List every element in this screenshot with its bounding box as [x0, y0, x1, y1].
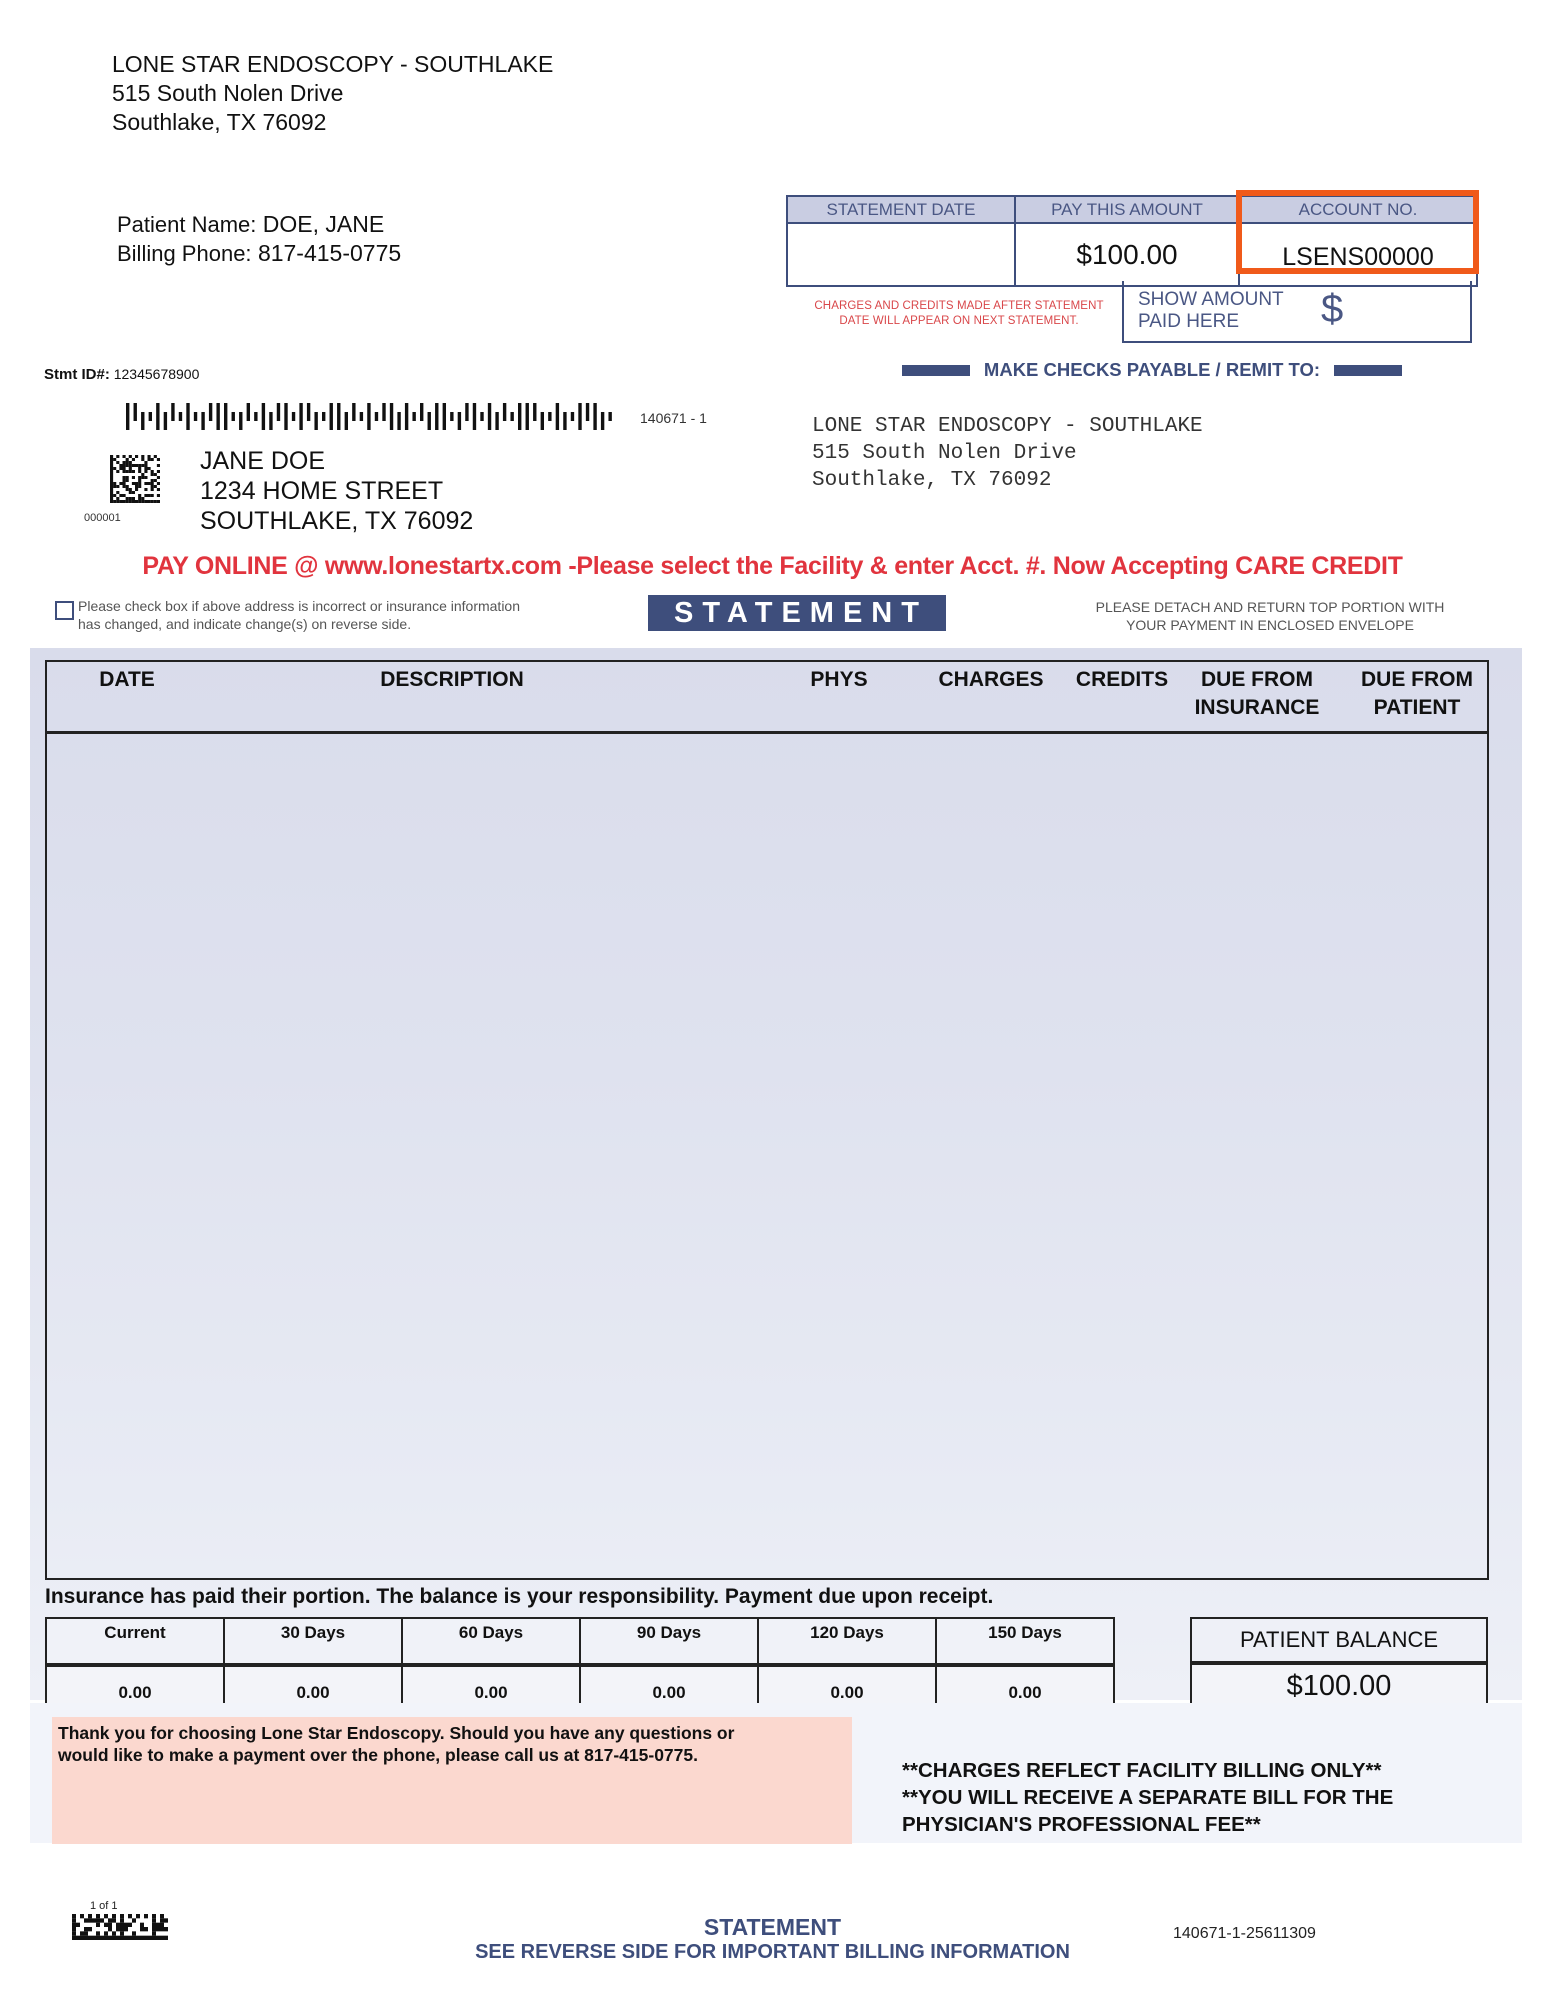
- insurance-note: Insurance has paid their portion. The ba…: [45, 1585, 993, 1609]
- remit-bar-right: [1334, 365, 1402, 376]
- facility-note-line3: PHYSICIAN'S PROFESSIONAL FEE**: [902, 1811, 1393, 1838]
- col-credits: CREDITS: [1067, 666, 1177, 694]
- billing-phone: 817-415-0775: [258, 240, 401, 266]
- mail-sequence-number: 000001: [84, 512, 121, 524]
- col-due-patient: DUE FROMPATIENT: [1347, 666, 1487, 722]
- billing-phone-label: Billing Phone:: [117, 241, 252, 266]
- aging-header-120: 120 Days: [758, 1618, 936, 1665]
- remit-heading: MAKE CHECKS PAYABLE / REMIT TO:: [882, 358, 1422, 382]
- amount-paid-label-line2: PAID HERE: [1138, 311, 1284, 333]
- remit-city: Southlake, TX 76092: [812, 467, 1203, 494]
- aging-header-30: 30 Days: [224, 1618, 402, 1665]
- recipient-city: SOUTHLAKE, TX 76092: [200, 506, 473, 536]
- page-indicator: 1 of 1: [90, 1900, 118, 1912]
- amount-paid-label-line1: SHOW AMOUNT: [1138, 289, 1284, 311]
- remit-heading-text: MAKE CHECKS PAYABLE / REMIT TO:: [984, 359, 1320, 381]
- statement-date-header: STATEMENT DATE: [787, 196, 1015, 223]
- col-date: DATE: [87, 666, 167, 694]
- sender-city: Southlake, TX 76092: [112, 108, 553, 137]
- pay-online-notice: PAY ONLINE @ www.lonestartx.com -Please …: [0, 552, 1545, 581]
- col-due-insurance: DUE FROMINSURANCE: [1187, 666, 1327, 722]
- thank-you-note: Thank you for choosing Lone Star Endosco…: [52, 1717, 852, 1844]
- dollar-sign-icon: $: [1321, 287, 1343, 331]
- patient-info: Patient Name: DOE, JANE Billing Phone: 8…: [117, 210, 401, 268]
- sender-name: LONE STAR ENDOSCOPY - SOUTHLAKE: [112, 50, 553, 79]
- sender-street: 515 South Nolen Drive: [112, 79, 553, 108]
- account-no-header: ACCOUNT NO.: [1239, 196, 1477, 223]
- footer-document-id: 140671-1-25611309: [1173, 1925, 1316, 1943]
- col-description: DESCRIPTION: [367, 666, 537, 694]
- barcode-reference: 140671 - 1: [640, 410, 707, 426]
- col-charges: CHARGES: [931, 666, 1051, 694]
- account-no-value: LSENS00000: [1239, 223, 1477, 286]
- datamatrix-code: [110, 455, 160, 503]
- col-phys: PHYS: [799, 666, 879, 694]
- statement-id: Stmt ID#: 12345678900: [44, 366, 199, 383]
- patient-balance-box: PATIENT BALANCE $100.00: [1190, 1617, 1488, 1709]
- amount-paid-field[interactable]: SHOW AMOUNT PAID HERE $: [1122, 281, 1472, 343]
- sender-address: LONE STAR ENDOSCOPY - SOUTHLAKE 515 Sout…: [112, 50, 553, 137]
- patient-balance-value: $100.00: [1191, 1663, 1487, 1708]
- footer-subtitle: SEE REVERSE SIDE FOR IMPORTANT BILLING I…: [0, 1941, 1545, 1963]
- statement-id-label: Stmt ID#:: [44, 366, 110, 383]
- statement-date-value: [787, 223, 1015, 286]
- aging-header-150: 150 Days: [936, 1618, 1114, 1665]
- address-change-line2: has changed, and indicate change(s) on r…: [78, 615, 520, 633]
- remit-bar-left: [902, 365, 970, 376]
- address-change-checkbox[interactable]: [55, 601, 74, 620]
- late-charges-note: CHARGES AND CREDITS MADE AFTER STATEMENT…: [794, 299, 1124, 329]
- aging-table: Current 30 Days 60 Days 90 Days 120 Days…: [45, 1617, 1115, 1715]
- remit-address: LONE STAR ENDOSCOPY - SOUTHLAKE 515 Sout…: [812, 413, 1203, 494]
- patient-balance-label: PATIENT BALANCE: [1191, 1618, 1487, 1663]
- aging-header-90: 90 Days: [580, 1618, 758, 1665]
- detach-note-line1: PLEASE DETACH AND RETURN TOP PORTION WIT…: [1060, 598, 1480, 616]
- patient-name: DOE, JANE: [263, 211, 384, 237]
- late-note-line2: DATE WILL APPEAR ON NEXT STATEMENT.: [794, 314, 1124, 329]
- facility-note-line1: **CHARGES REFLECT FACILITY BILLING ONLY*…: [902, 1757, 1393, 1784]
- recipient-address: JANE DOE 1234 HOME STREET SOUTHLAKE, TX …: [200, 446, 473, 536]
- aging-header-current: Current: [46, 1618, 224, 1665]
- facility-note-line2: **YOU WILL RECEIVE A SEPARATE BILL FOR T…: [902, 1784, 1393, 1811]
- statement-summary: STATEMENT DATE PAY THIS AMOUNT ACCOUNT N…: [786, 195, 1480, 280]
- postal-barcode: [126, 403, 616, 430]
- thank-you-line1: Thank you for choosing Lone Star Endosco…: [58, 1722, 846, 1744]
- pay-amount-value: $100.00: [1015, 223, 1239, 286]
- address-change-line1: Please check box if above address is inc…: [78, 597, 520, 615]
- charges-table: DATE DESCRIPTION PHYS CHARGES CREDITS DU…: [45, 660, 1489, 1580]
- recipient-name: JANE DOE: [200, 446, 473, 476]
- detach-note-line2: YOUR PAYMENT IN ENCLOSED ENVELOPE: [1060, 616, 1480, 634]
- remit-street: 515 South Nolen Drive: [812, 440, 1203, 467]
- detach-note: PLEASE DETACH AND RETURN TOP PORTION WIT…: [1060, 598, 1480, 634]
- address-change-note: Please check box if above address is inc…: [78, 597, 520, 633]
- charges-table-header: DATE DESCRIPTION PHYS CHARGES CREDITS DU…: [47, 662, 1487, 734]
- statement-id-value: 12345678900: [114, 366, 200, 382]
- patient-name-label: Patient Name:: [117, 212, 256, 237]
- facility-billing-note: **CHARGES REFLECT FACILITY BILLING ONLY*…: [902, 1757, 1393, 1838]
- late-note-line1: CHARGES AND CREDITS MADE AFTER STATEMENT: [794, 299, 1124, 314]
- statement-banner: STATEMENT: [648, 595, 946, 631]
- recipient-street: 1234 HOME STREET: [200, 476, 473, 506]
- thank-you-line2: would like to make a payment over the ph…: [58, 1744, 846, 1766]
- amount-paid-label: SHOW AMOUNT PAID HERE: [1138, 289, 1284, 333]
- remit-name: LONE STAR ENDOSCOPY - SOUTHLAKE: [812, 413, 1203, 440]
- pay-amount-header: PAY THIS AMOUNT: [1015, 196, 1239, 223]
- aging-header-60: 60 Days: [402, 1618, 580, 1665]
